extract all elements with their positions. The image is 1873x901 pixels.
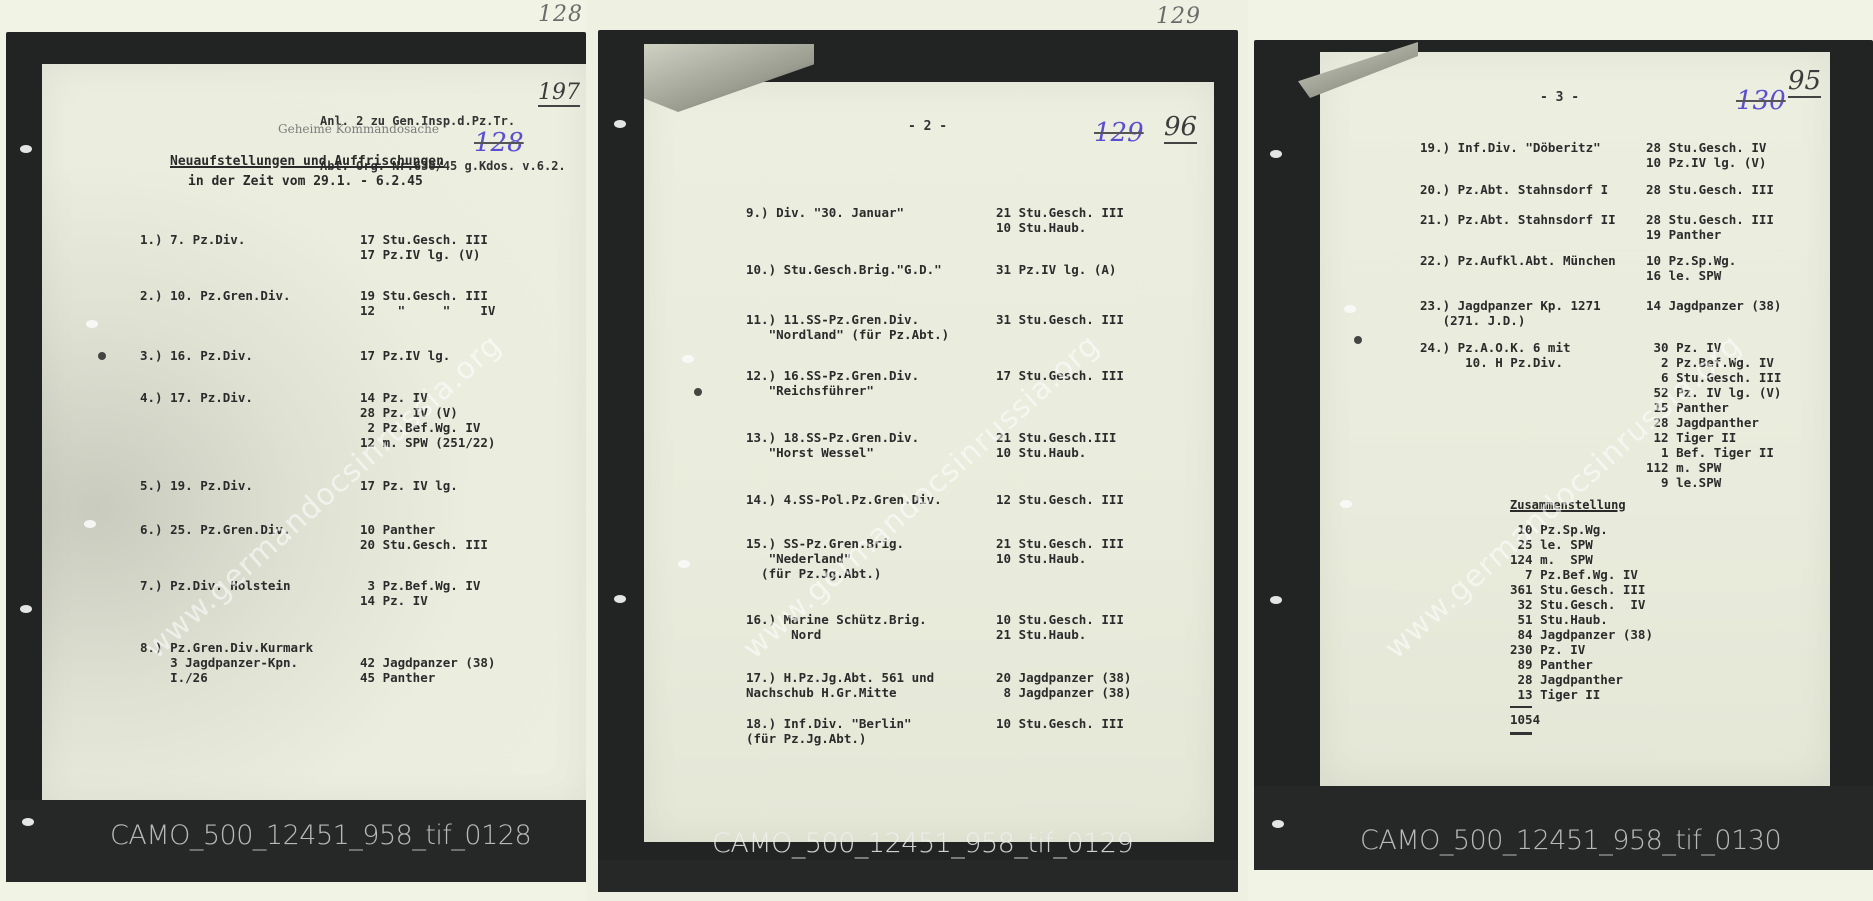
unit-name: 22.) Pz.Aufkl.Abt. München	[1420, 253, 1616, 268]
classification-stamp: Geheime Kommandosache	[278, 122, 439, 136]
equipment-list: 17 Stu.Gesch. III 17 Pz.IV lg. (V)	[360, 232, 488, 262]
punch-hole	[1272, 820, 1284, 828]
unit-name: 18.) Inf.Div. "Berlin" (für Pz.Jg.Abt.)	[746, 716, 912, 746]
equipment-list: 31 Stu.Gesch. III	[996, 312, 1124, 327]
equipment-list: 10 Panther 20 Stu.Gesch. III	[360, 522, 488, 552]
equipment-list: 21 Stu.Gesch. III 10 Stu.Haub.	[996, 536, 1124, 566]
unit-name: 3.) 16. Pz.Div.	[140, 348, 253, 363]
file-caption: CAMO_500_12451_958_tif_0129	[712, 828, 1133, 859]
punch-hole	[1270, 596, 1282, 604]
equipment-list: 28 Stu.Gesch. III	[1646, 182, 1774, 197]
summary-lines: 10 Pz.Sp.Wg. 25 le. SPW 124 m. SPW 7 Pz.…	[1510, 522, 1653, 702]
unit-name: 19.) Inf.Div. "Döberitz"	[1420, 140, 1601, 155]
equipment-list: 28 Stu.Gesch. III 19 Panther	[1646, 212, 1774, 242]
punch-hole	[20, 605, 32, 613]
punch-hole	[614, 120, 626, 128]
unit-name: 10.) Stu.Gesch.Brig."G.D."	[746, 262, 942, 277]
punch-hole	[98, 352, 106, 360]
unit-name: 13.) 18.SS-Pz.Gren.Div. "Horst Wessel"	[746, 430, 919, 460]
equipment-list: 17 Pz.IV lg.	[360, 348, 450, 363]
unit-name: 12.) 16.SS-Pz.Gren.Div. "Reichsführer"	[746, 368, 919, 398]
equipment-list: 42 Jagdpanzer (38) 45 Panther	[360, 640, 495, 685]
bottom-shadow	[598, 860, 1238, 892]
archive-page-number: 129	[1156, 4, 1201, 29]
equipment-list: 20 Jagdpanzer (38) 8 Jagdpanzer (38)	[996, 670, 1131, 700]
equipment-list: 21 Stu.Gesch. III 10 Stu.Haub.	[996, 205, 1124, 235]
equipment-list: 17 Pz. IV lg.	[360, 478, 458, 493]
document-page-129: 129 - 2 - 129 96 9.) Div. "30. Januar"21…	[586, 0, 1248, 901]
unit-name: 2.) 10. Pz.Gren.Div.	[140, 288, 291, 303]
unit-name: 17.) H.Pz.Jg.Abt. 561 und Nachschub H.Gr…	[746, 670, 934, 700]
file-caption: CAMO_500_12451_958_tif_0128	[110, 820, 531, 851]
document-title: Neuaufstellungen und Auffrischungen	[170, 154, 444, 169]
total-rule	[1510, 706, 1532, 708]
equipment-list: 28 Stu.Gesch. IV 10 Pz.IV lg. (V)	[1646, 140, 1766, 170]
page-label: - 3 -	[1540, 90, 1579, 105]
punch-hole	[694, 388, 702, 396]
folio-number-new: 96	[1164, 112, 1197, 144]
document-page-130: 130 - 3 - 130 95 19.) Inf.Div. "Döberitz…	[1248, 0, 1873, 901]
archive-page-number: 128	[538, 2, 583, 27]
folio-number-struck: 128	[474, 128, 524, 158]
punch-hole	[22, 818, 34, 826]
document-page-128: 128 Anl. 2 zu Gen.Insp.d.Pz.Tr. Abt. Org…	[0, 0, 586, 901]
unit-name: 5.) 19. Pz.Div.	[140, 478, 253, 493]
title-text: Neuaufstellungen und Auffrischungen	[170, 154, 444, 169]
unit-name: 20.) Pz.Abt. Stahnsdorf I	[1420, 182, 1608, 197]
unit-name: 21.) Pz.Abt. Stahnsdorf II	[1420, 212, 1616, 227]
equipment-list: 12 Stu.Gesch. III	[996, 492, 1124, 507]
unit-name: 24.) Pz.A.O.K. 6 mit 10. H Pz.Div.	[1420, 340, 1571, 370]
punch-hole	[614, 595, 626, 603]
punch-hole	[678, 560, 690, 568]
unit-name: 4.) 17. Pz.Div.	[140, 390, 253, 405]
punch-hole	[1270, 150, 1282, 158]
folio-number-struck: 130	[1736, 86, 1786, 116]
total-double-rule	[1510, 732, 1532, 735]
document-subtitle: in der Zeit vom 29.1. - 6.2.45	[188, 174, 423, 189]
folio-number-struck: 129	[1094, 118, 1144, 148]
punch-hole	[84, 520, 96, 528]
equipment-list: 14 Jagdpanzer (38)	[1646, 298, 1781, 313]
page-label: - 2 -	[908, 119, 947, 134]
equipment-list: 31 Pz.IV lg. (A)	[996, 262, 1116, 277]
punch-hole	[1344, 305, 1356, 313]
punch-hole	[1354, 336, 1362, 344]
unit-name: 9.) Div. "30. Januar"	[746, 205, 904, 220]
equipment-list: 19 Stu.Gesch. III 12 " " IV	[360, 288, 495, 318]
unit-name: 11.) 11.SS-Pz.Gren.Div. "Nordland" (für …	[746, 312, 949, 342]
equipment-list: 10 Stu.Gesch. III 21 Stu.Haub.	[996, 612, 1124, 642]
summary-total: 1054	[1510, 712, 1540, 727]
punch-hole	[20, 145, 32, 153]
paper-sheet	[644, 82, 1214, 842]
handwritten-reference: 197	[538, 80, 580, 107]
folio-number-new: 95	[1788, 66, 1821, 98]
unit-name: 23.) Jagdpanzer Kp. 1271 (271. J.D.)	[1420, 298, 1601, 328]
equipment-list: 10 Stu.Gesch. III	[996, 716, 1124, 731]
file-caption: CAMO_500_12451_958_tif_0130	[1360, 825, 1781, 856]
unit-name: 1.) 7. Pz.Div.	[140, 232, 245, 247]
punch-hole	[682, 355, 694, 363]
punch-hole	[86, 320, 98, 328]
equipment-list: 3 Pz.Bef.Wg. IV 14 Pz. IV	[360, 578, 480, 608]
equipment-list: 10 Pz.Sp.Wg. 16 le. SPW	[1646, 253, 1736, 283]
punch-hole	[1340, 500, 1352, 508]
